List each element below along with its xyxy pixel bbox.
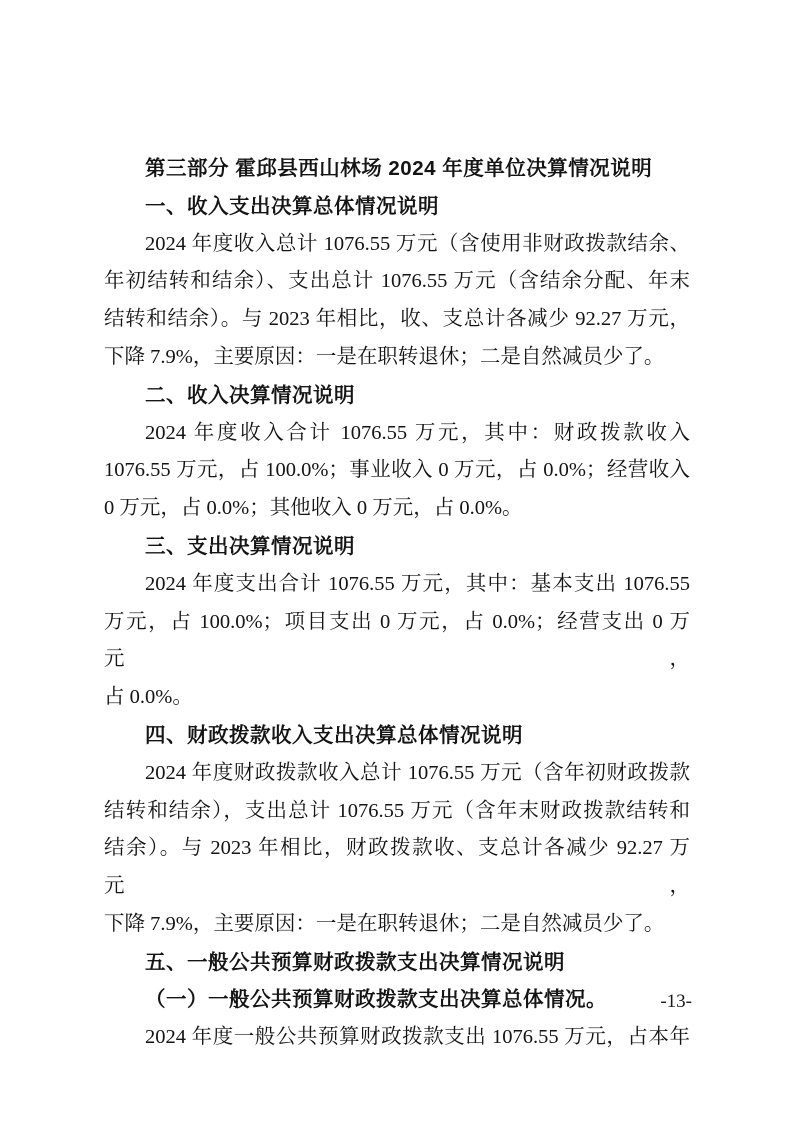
paragraph-line: 结余）。与 2023 年相比，财政拨款收、支总计各减少 92.27 万元， [104,830,690,906]
paragraph-line: 下降 7.9%，主要原因：一是在职转退休；二是自然减员少了。 [104,906,690,944]
paragraph-line: 1076.55 万元，占 100.0%；事业收入 0 万元，占 0.0%；经营收… [104,452,690,490]
paragraph-line: 年初结转和结余）、支出总计 1076.55 万元（含结余分配、年末 [104,263,690,301]
page-number: -13- [660,990,692,1014]
document-page: 第三部分 霍邱县西山林场 2024 年度单位决算情况说明 一、收入支出决算总体情… [0,0,793,1122]
section-4-heading: 四、财政拨款收入支出决算总体情况说明 [104,717,690,755]
document-body: 第三部分 霍邱县西山林场 2024 年度单位决算情况说明 一、收入支出决算总体情… [104,150,690,1057]
section-5-subheading: （一）一般公共预算财政拨款支出决算总体情况。 [104,982,690,1020]
section-2-heading: 二、收入决算情况说明 [104,377,690,415]
paragraph-line: 0 万元，占 0.0%；其他收入 0 万元，占 0.0%。 [104,490,690,528]
part-title: 第三部分 霍邱县西山林场 2024 年度单位决算情况说明 [104,150,690,188]
paragraph-line: 结转和结余），支出总计 1076.55 万元（含年末财政拨款结转和 [104,793,690,831]
paragraph-line: 2024 年度收入合计 1076.55 万元，其中：财政拨款收入 [104,415,690,453]
paragraph-line: 万元，占 100.0%；项目支出 0 万元，占 0.0%；经营支出 0 万元， [104,604,690,680]
section-1-heading: 一、收入支出决算总体情况说明 [104,188,690,226]
paragraph-line: 结转和结余）。与 2023 年相比，收、支总计各减少 92.27 万元， [104,301,690,339]
paragraph-line: 下降 7.9%，主要原因：一是在职转退休；二是自然减员少了。 [104,339,690,377]
paragraph-line: 2024 年度支出合计 1076.55 万元，其中：基本支出 1076.55 [104,566,690,604]
section-3-heading: 三、支出决算情况说明 [104,528,690,566]
section-5-heading: 五、一般公共预算财政拨款支出决算情况说明 [104,944,690,982]
paragraph-line: 占 0.0%。 [104,679,690,717]
paragraph-line: 2024 年度财政拨款收入总计 1076.55 万元（含年初财政拨款 [104,755,690,793]
paragraph-line: 2024 年度收入总计 1076.55 万元（含使用非财政拨款结余、 [104,226,690,264]
paragraph-line: 2024 年度一般公共预算财政拨款支出 1076.55 万元，占本年 [104,1019,690,1057]
